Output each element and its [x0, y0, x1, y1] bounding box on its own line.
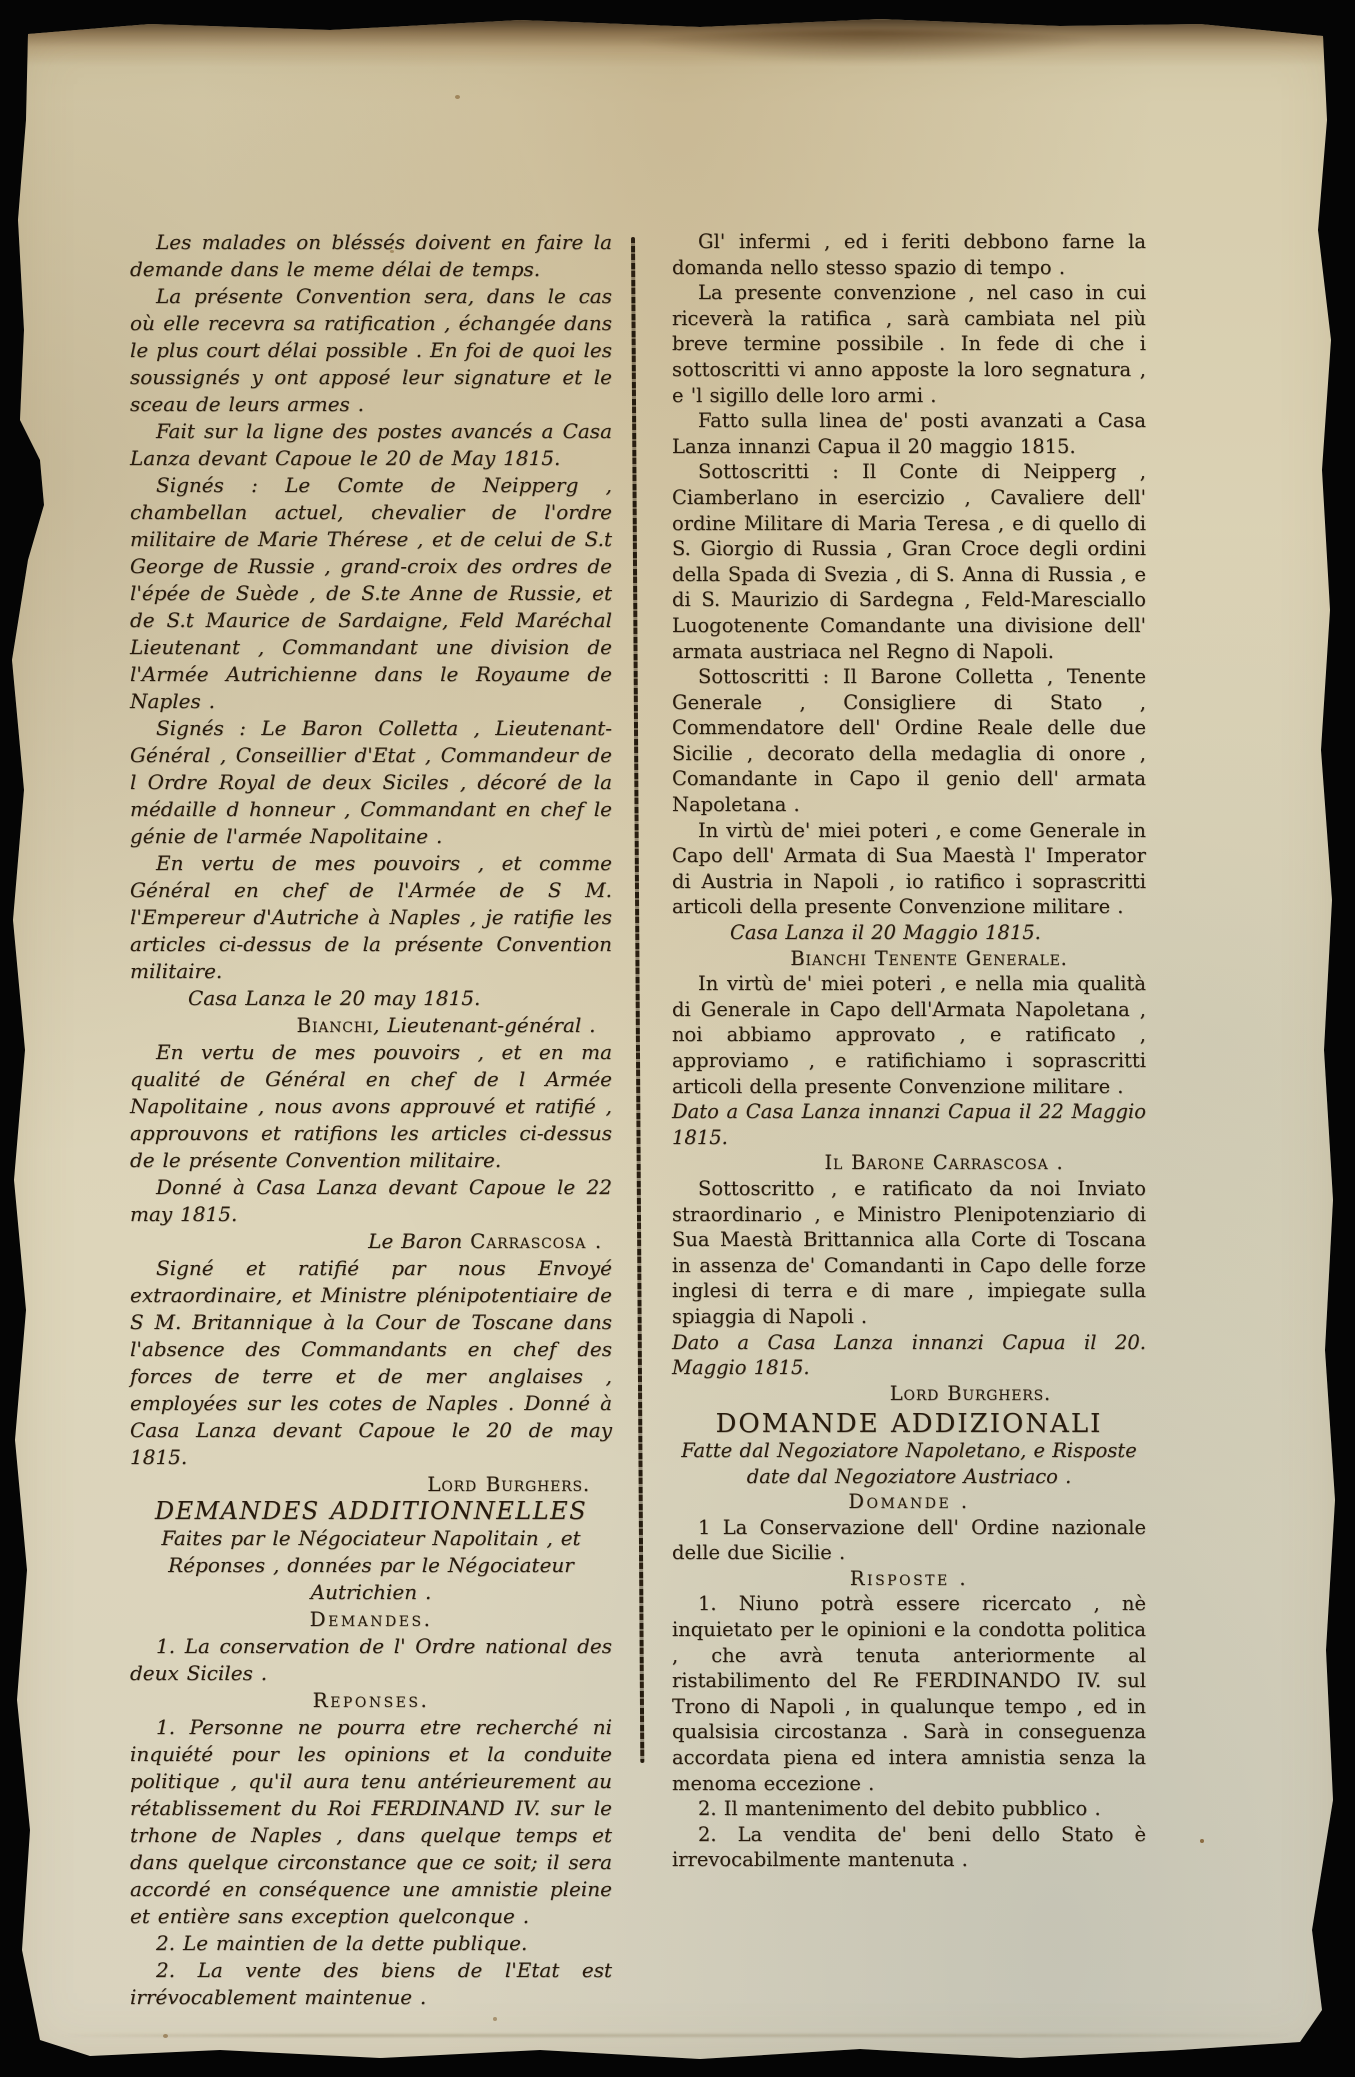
paragraph: Les malades on bléssés doivent en faire …	[130, 229, 612, 283]
signature-line: Lord Burghers.	[672, 1381, 1146, 1407]
signature-line: Il Barone Carrascosa .	[672, 1150, 1146, 1176]
signature-title: , Lieutenant-général .	[373, 1013, 595, 1037]
subheading-domande: Domande .	[672, 1489, 1146, 1515]
paragraph: 1. Niuno potrà essere ricercato , nè inq…	[672, 1591, 1146, 1796]
date-line: Casa Lanza le 20 may 1815.	[130, 985, 612, 1012]
paragraph: 2. La vendita de' beni dello Stato è irr…	[672, 1822, 1146, 1873]
paragraph: La présente Convention sera, dans le cas…	[130, 283, 612, 418]
foxing-speck	[163, 2034, 168, 2038]
signature-line: Bianchi Tenente Generale.	[672, 946, 1146, 972]
subheading-demandes: Demandes.	[130, 1606, 612, 1633]
paragraph: Sottoscritti : Il Barone Colletta , Tene…	[672, 664, 1146, 818]
italian-column: Gl' infermi , ed i feriti debbono farne …	[672, 229, 1146, 1873]
paragraph: Signé et ratifié par nous Envoyé extraor…	[130, 1255, 612, 1471]
subheading-reponses: Reponses.	[130, 1687, 612, 1714]
foxing-speck	[493, 2017, 497, 2021]
paragraph: Fait sur la ligne des postes avancés a C…	[130, 418, 612, 472]
paragraph: 2. Le maintien de la dette publique.	[130, 1930, 612, 1957]
paragraph: Gl' infermi , ed i feriti debbono farne …	[672, 229, 1146, 280]
paragraph: La presente convenzione , nel caso in cu…	[672, 280, 1146, 408]
date-line: Casa Lanza il 20 Maggio 1815.	[672, 920, 1146, 946]
column-divider-rule	[631, 237, 644, 1763]
paragraph: 1 La Conservazione dell' Ordine nazional…	[672, 1515, 1146, 1566]
paragraph: In virtù de' miei poteri , e come Genera…	[672, 818, 1146, 920]
paragraph: En vertu de mes pouvoirs , et comme Géné…	[130, 850, 612, 985]
document-page: Les malades on bléssés doivent en faire …	[0, 0, 1355, 2077]
paragraph: Sottoscritti : Il Conte di Neipperg , Ci…	[672, 459, 1146, 664]
paragraph: In virtù de' miei poteri , e nella mia q…	[672, 971, 1146, 1099]
signature-prefix: Le Baron	[368, 1229, 470, 1253]
date-line: Dato a Casa Lanza innanzi Capua il 20. M…	[672, 1330, 1146, 1381]
foxing-speck	[455, 95, 460, 99]
signature-line: Bianchi, Lieutenant-général .	[130, 1012, 612, 1039]
foxing-speck	[1200, 1839, 1204, 1843]
signature-name: Lord Burghers.	[427, 1472, 590, 1496]
bottom-crease	[60, 2034, 1290, 2037]
paragraph: 1. Personne ne pourra etre recherché ni …	[130, 1714, 612, 1930]
french-column: Les malades on bléssés doivent en faire …	[130, 229, 612, 2011]
signature-line: Le Baron Carrascosa .	[130, 1228, 612, 1255]
paragraph: Signés : Le Comte de Neipperg , chambell…	[130, 472, 612, 715]
paragraph: 1. La conservation de l' Ordre national …	[130, 1633, 612, 1687]
burned-top-edge-dark-patch	[620, 30, 1120, 64]
paragraph: 2. La vente des biens de l'Etat est irré…	[130, 1957, 612, 2011]
paragraph: 2. Il mantenimento del debito pubblico .	[672, 1796, 1146, 1822]
heading-note: Faites par le Négociateur Napolitain , e…	[130, 1525, 612, 1606]
paragraph: Signés : Le Baron Colletta , Lieutenant-…	[130, 715, 612, 850]
scan-background: { "colors": { "scan_background": "#05050…	[0, 0, 1355, 2077]
section-heading-domande-addizionali: DOMANDE ADDIZIONALI	[672, 1412, 1146, 1438]
subheading-risposte: Risposte .	[672, 1566, 1146, 1592]
paragraph: Sottoscritto , e ratificato da noi Invia…	[672, 1176, 1146, 1330]
signature-name: Bianchi Tenente Generale.	[790, 947, 1067, 970]
section-heading-demandes-additionnelles: DEMANDES ADDITIONNELLES	[130, 1498, 612, 1525]
paragraph: En vertu de mes pouvoirs , et en ma qual…	[130, 1039, 612, 1174]
signature-name: Lord Burghers.	[890, 1382, 1051, 1405]
signature-line: Lord Burghers.	[130, 1471, 612, 1498]
signature-name: Carrascosa .	[470, 1229, 602, 1253]
paragraph: Donné à Casa Lanza devant Capoue le 22 m…	[130, 1174, 612, 1228]
heading-note: Fatte dal Negoziatore Napoletano, e Risp…	[672, 1438, 1146, 1489]
signature-name: Il Barone Carrascosa .	[824, 1151, 1063, 1174]
date-line: Dato a Casa Lanza innanzi Capua il 22 Ma…	[672, 1099, 1146, 1150]
signature-name: Bianchi	[296, 1013, 373, 1037]
paragraph: Fatto sulla linea de' posti avanzati a C…	[672, 408, 1146, 459]
